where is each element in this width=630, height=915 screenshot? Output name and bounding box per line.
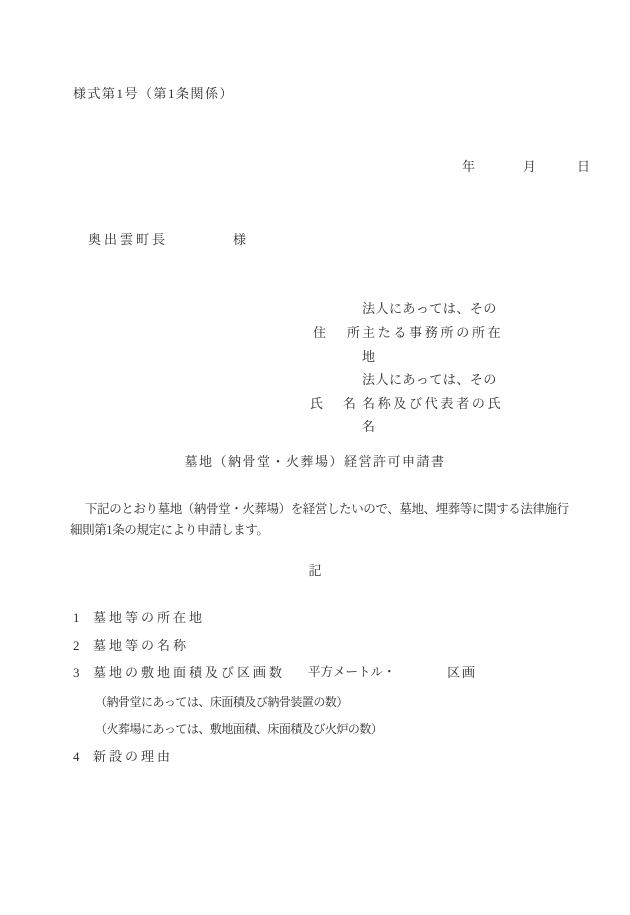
name-note-line-3: 名 bbox=[362, 418, 375, 435]
item-2-text: 墓地等の名称 bbox=[93, 637, 189, 654]
application-form-page: 様式第1号（第1条関係） 年月日 奥出雲町長 様 住 所 法人にあっては、その … bbox=[0, 0, 630, 915]
item-4-text: 新設の理由 bbox=[93, 748, 173, 765]
item-3-unit-lots: 区画 bbox=[447, 664, 477, 681]
address-field-label-char-1: 住 bbox=[313, 324, 326, 341]
item-1-text: 墓地等の所在地 bbox=[93, 609, 205, 626]
item-3-unit-square-meters: 平方メートル・ bbox=[308, 664, 396, 681]
item-3-note-crematorium: （火葬場にあっては、敷地面積、床面積及び火炉の数） bbox=[95, 721, 382, 738]
item-3-note-ossuary: （納骨堂にあっては、床面積及び納骨装置の数） bbox=[95, 694, 348, 711]
name-note-line-2: 名称及び代表者の氏 bbox=[362, 395, 503, 412]
section-mark: 記 bbox=[0, 562, 630, 579]
name-field-label-char-1: 氏 bbox=[310, 395, 323, 412]
address-note-line-2: 主たる事務所の所在 bbox=[362, 324, 503, 341]
addressee-honorific: 様 bbox=[233, 231, 246, 248]
item-4-number: 4 bbox=[73, 748, 80, 765]
date-month-label: 月 bbox=[523, 159, 536, 174]
item-3-number: 3 bbox=[73, 664, 80, 681]
addressee-name: 奥出雲町長 bbox=[88, 231, 168, 248]
item-3-text: 墓地の敷地面積及び区画数 bbox=[93, 664, 285, 681]
body-line-2: 細則第1条の規定により申請します。 bbox=[70, 522, 268, 539]
name-note-line-1: 法人にあっては、その bbox=[362, 371, 497, 388]
name-field-label-char-2: 名 bbox=[343, 395, 356, 412]
date-line: 年月日 bbox=[462, 158, 590, 175]
document-title: 墓地（納骨堂・火葬場）経営許可申請書 bbox=[0, 453, 630, 470]
form-number: 様式第1号（第1条関係） bbox=[73, 85, 234, 102]
item-2-number: 2 bbox=[73, 637, 80, 654]
item-1-number: 1 bbox=[73, 609, 80, 626]
address-note-line-3: 地 bbox=[362, 348, 375, 365]
date-year-label: 年 bbox=[462, 159, 475, 174]
body-line-1: 下記のとおり墓地（納骨堂・火葬場）を経営したいので、墓地、埋葬等に関する法律施行 bbox=[85, 501, 569, 518]
date-day-label: 日 bbox=[577, 159, 590, 174]
address-note-line-1: 法人にあっては、その bbox=[362, 300, 497, 317]
address-field-label-char-2: 所 bbox=[347, 324, 360, 341]
